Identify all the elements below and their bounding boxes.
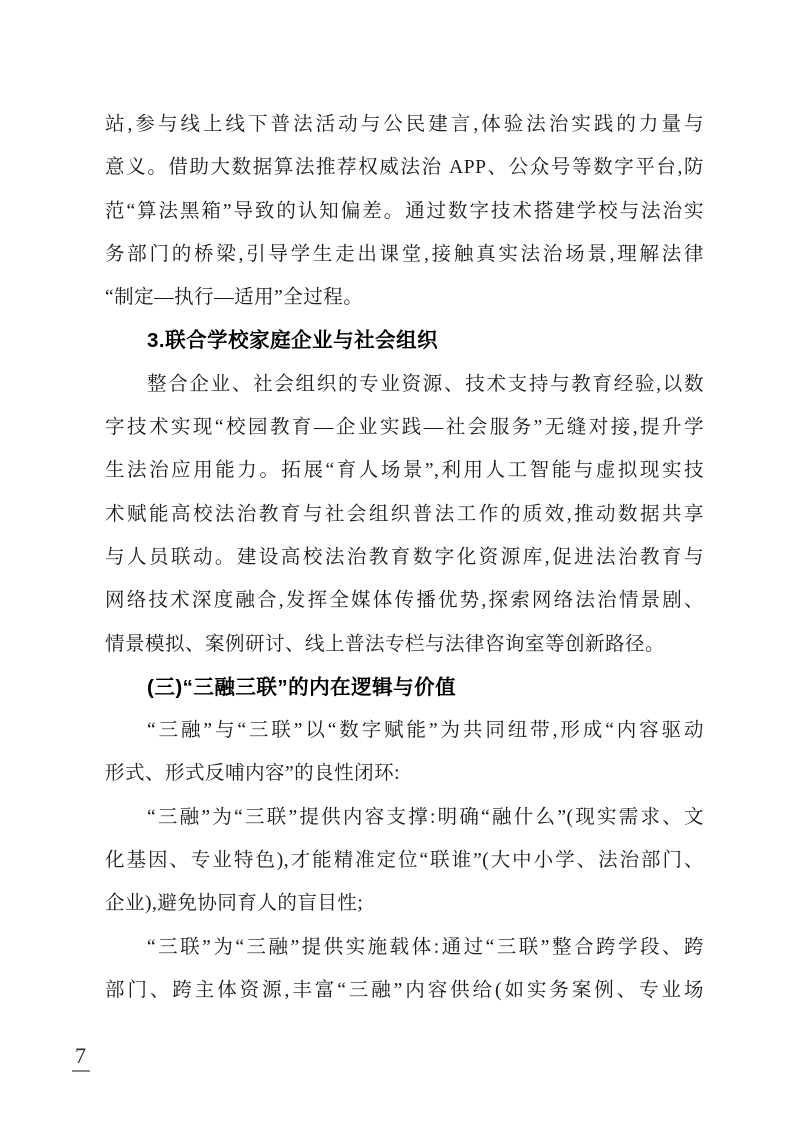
body-line: 范“算法黑箱”导致的认知偏差。通过数字技术搭建学校与法治实 — [105, 190, 704, 233]
body-line: 与人员联动。建设高校法治教育数字化资源库,促进法治教育与 — [105, 536, 704, 579]
body-line: 企业),避免协同育人的盲目性; — [105, 882, 704, 925]
body-line: 部门、跨主体资源,丰富“三融”内容供给(如实务案例、专业场 — [105, 969, 704, 1012]
body-line: “三融”为“三联”提供内容支撑:明确“融什么”(现实需求、文 — [105, 796, 704, 839]
body-line: 情景模拟、案例研讨、线上普法专栏与法律咨询室等创新路径。 — [105, 623, 704, 666]
body-line: 意义。借助大数据算法推荐权威法治 APP、公众号等数字平台,防 — [105, 146, 704, 189]
body-line: 术赋能高校法治教育与社会组织普法工作的质效,推动数据共享 — [105, 493, 704, 536]
body-line: “三联”为“三融”提供实施载体:通过“三联”整合跨学段、跨 — [105, 926, 704, 969]
body-line: 务部门的桥梁,引导学生走出课堂,接触真实法治场景,理解法律 — [105, 233, 704, 276]
page-number: 7 — [72, 1042, 90, 1072]
document-body: 站,参与线上线下普法活动与公民建言,体验法治实践的力量与 意义。借助大数据算法推… — [105, 103, 704, 1012]
body-line: 整合企业、社会组织的专业资源、技术支持与教育经验,以数 — [105, 363, 704, 406]
document-page: 站,参与线上线下普法活动与公民建言,体验法治实践的力量与 意义。借助大数据算法推… — [0, 0, 794, 1123]
body-line: 形式、形式反哺内容”的良性闭环: — [105, 752, 704, 795]
body-line: 站,参与线上线下普法活动与公民建言,体验法治实践的力量与 — [105, 103, 704, 146]
body-line: 网络技术深度融合,发挥全媒体传播优势,探索网络法治情景剧、 — [105, 579, 704, 622]
body-line: “三融”与“三联”以“数字赋能”为共同纽带,形成“内容驱动 — [105, 709, 704, 752]
body-line: 生法治应用能力。拓展“育人场景”,利用人工智能与虚拟现实技 — [105, 449, 704, 492]
body-line: “制定—执行—适用”全过程。 — [105, 276, 704, 319]
section-heading: (三)“三融三联”的内在逻辑与价值 — [105, 666, 704, 709]
body-line: 字技术实现“校园教育—企业实践—社会服务”无缝对接,提升学 — [105, 406, 704, 449]
subsection-heading: 3.联合学校家庭企业与社会组织 — [105, 319, 704, 362]
body-line: 化基因、专业特色),才能精准定位“联谁”(大中小学、法治部门、 — [105, 839, 704, 882]
